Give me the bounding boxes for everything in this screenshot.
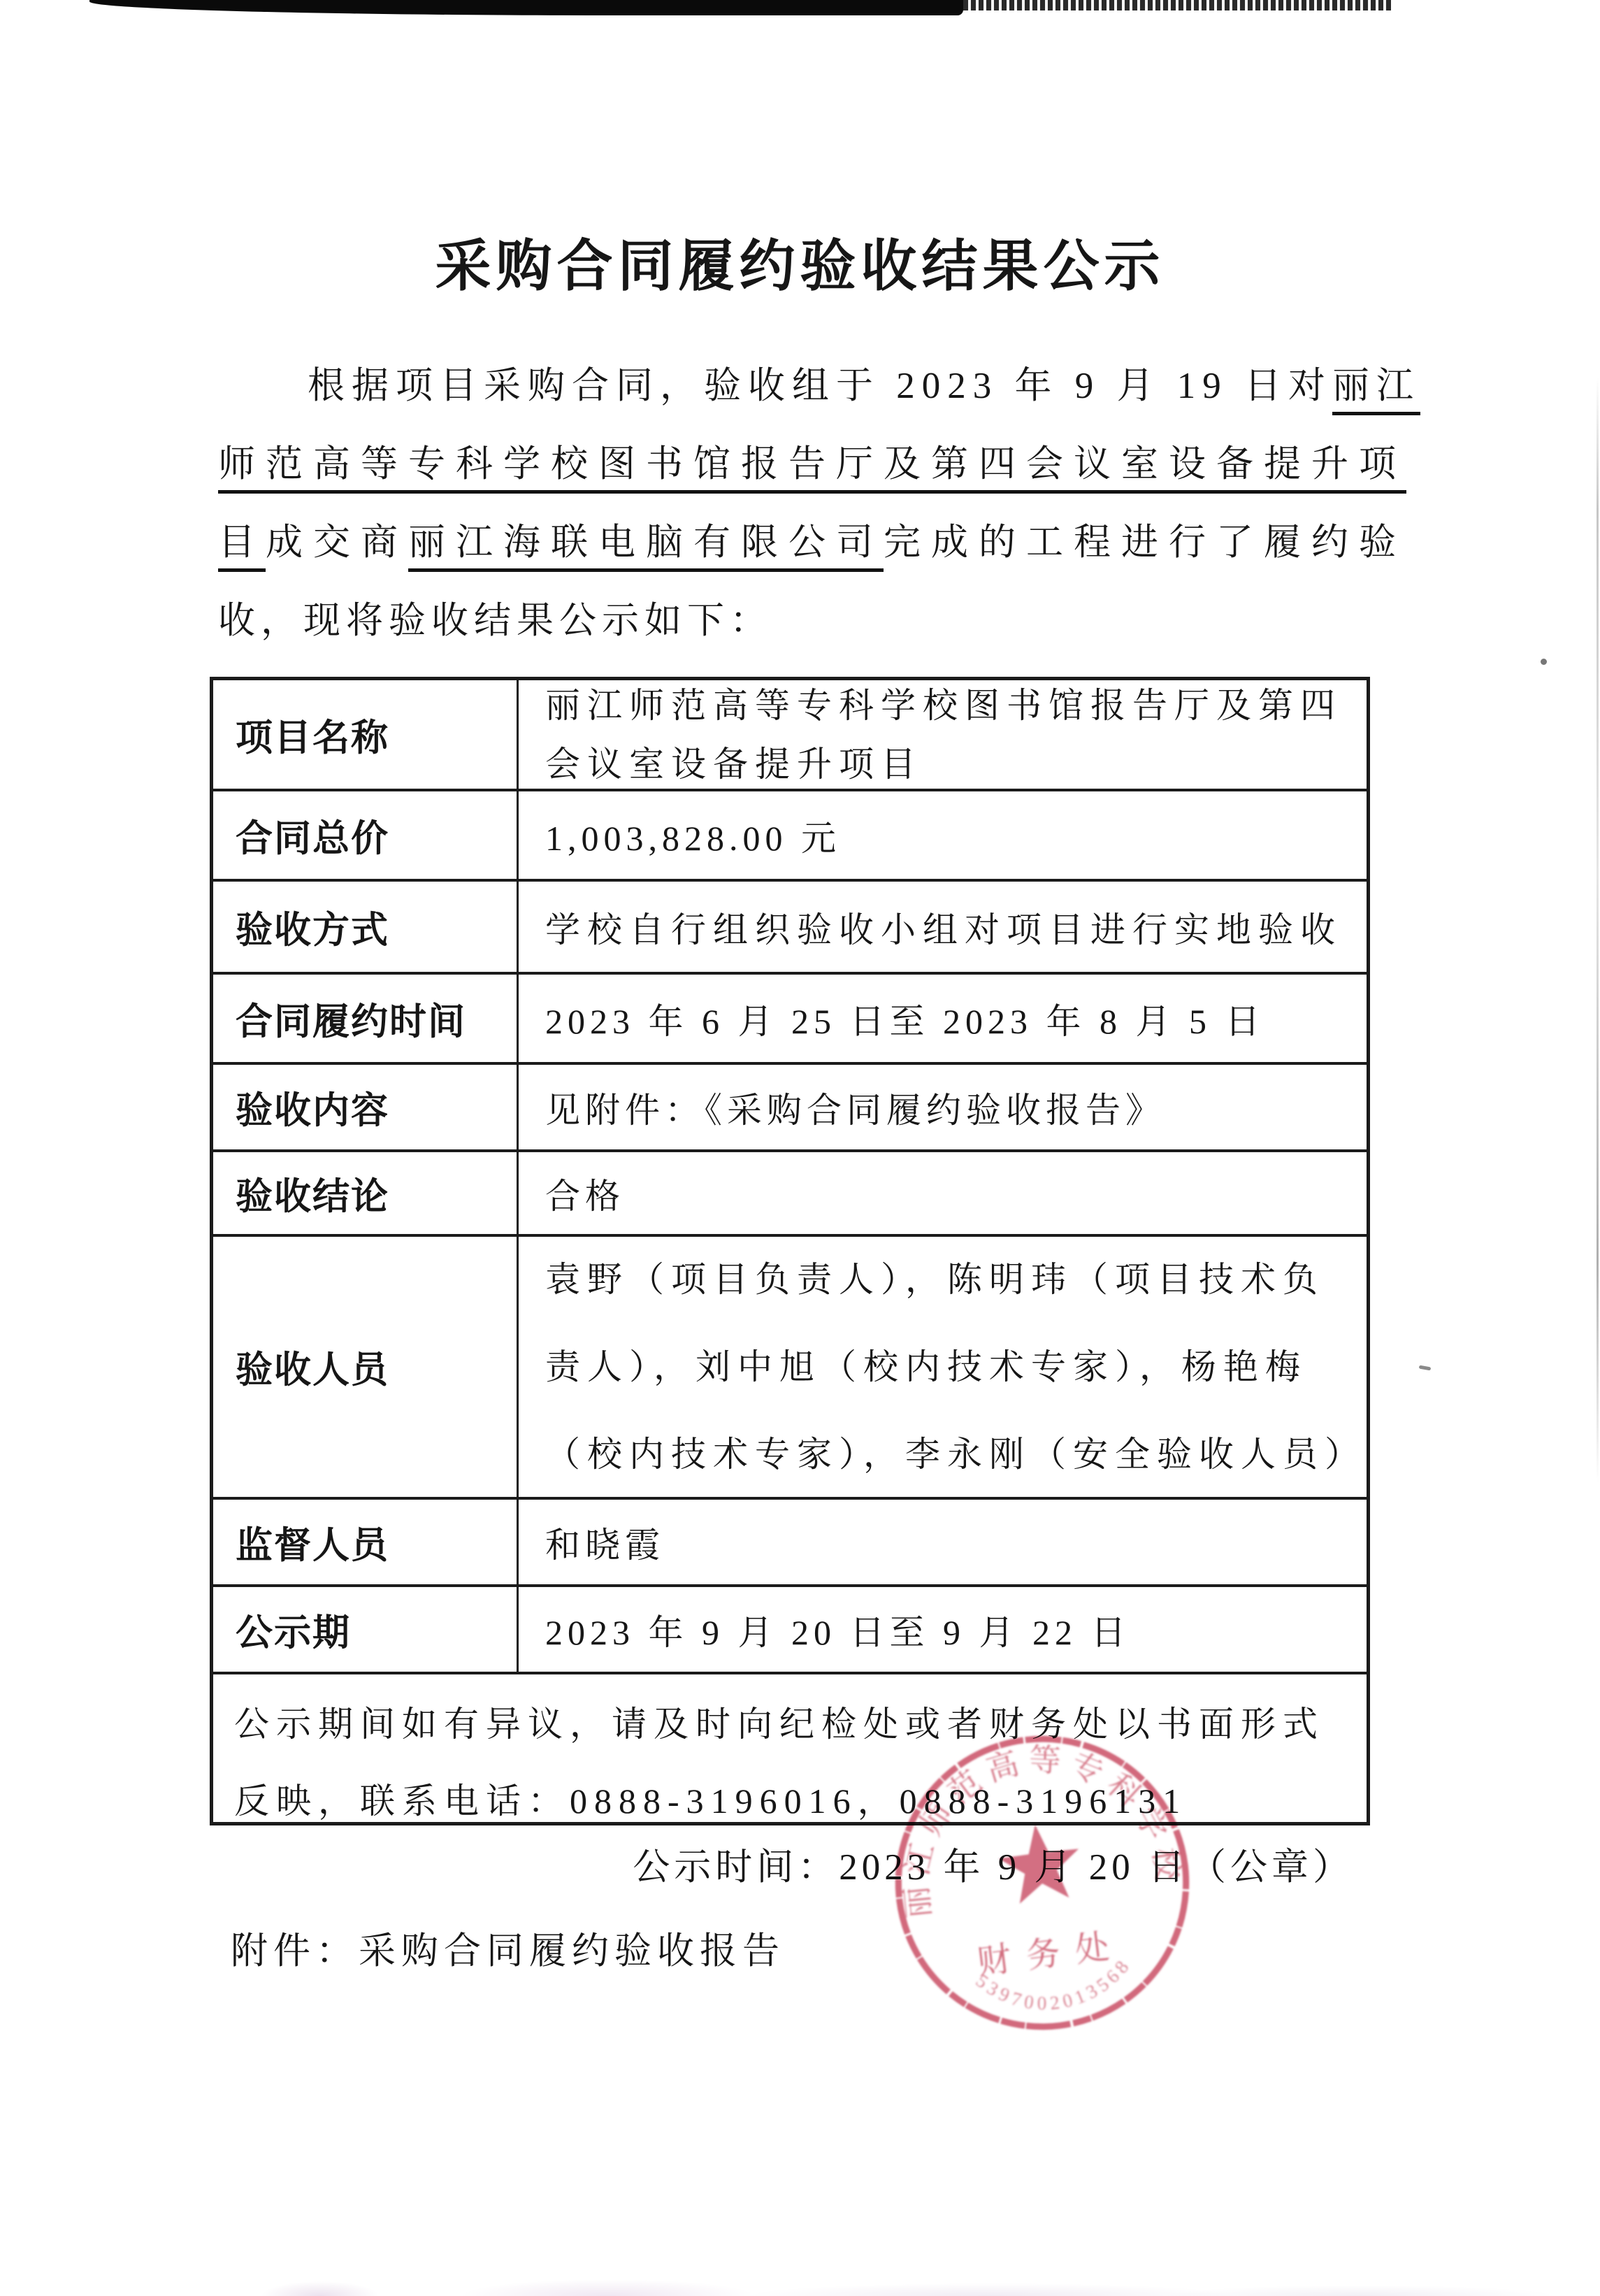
attachment-line: 附件：采购合同履约验收报告 [231, 1921, 785, 1974]
intro-line-1-text: 根据项目采购合同，验收组于 2023 年 9 月 19 日对 [308, 366, 1332, 406]
row-value: 和晓霞 [519, 1500, 1367, 1584]
intro-line-4: 收，现将验收结果公示如下： [218, 582, 1384, 660]
intro-line-3-underlined-2: 丽江海联电脑有限公司 [408, 522, 884, 572]
table-row-acceptance-method: 验收方式 学校自行组织验收小组对项目进行实地验收 [213, 882, 1367, 975]
row-value: 学校自行组织验收小组对项目进行实地验收 [519, 882, 1367, 972]
table-row-contract-period: 合同履约时间 2023 年 6 月 25 日至 2023 年 8 月 5 日 [213, 975, 1367, 1065]
document-title: 采购合同履约验收结果公示 [0, 221, 1600, 301]
intro-line-3: 目成交商丽江海联电脑有限公司完成的工程进行了履约验 [218, 503, 1384, 582]
row-label: 验收方式 [213, 882, 519, 972]
row-label: 合同履约时间 [213, 975, 519, 1062]
acceptance-results-table: 项目名称 丽江师范高等专科学校图书馆报告厅及第四会议室设备提升项目 合同总价 1… [210, 677, 1370, 1825]
row-value: 袁野（项目负责人），陈明玮（项目技术负责人），刘中旭（校内技术专家），杨艳梅（校… [519, 1237, 1367, 1497]
seal-group: 丽江师范高等专科学校 财务处 5397002013568 [882, 1723, 1203, 2044]
seal-arc-text: 丽江师范高等专科学校 [883, 1725, 1187, 1921]
intro-line-2: 师范高等专科学校图书馆报告厅及第四会议室设备提升项 [218, 425, 1384, 503]
intro-paragraph: 根据项目采购合同，验收组于 2023 年 9 月 19 日对丽江 师范高等专科学… [218, 347, 1384, 660]
row-value: 见附件：《采购合同履约验收报告》 [519, 1065, 1367, 1149]
intro-line-2-underlined: 师范高等专科学校图书馆报告厅及第四会议室设备提升项 [218, 444, 1406, 494]
intro-line-1: 根据项目采购合同，验收组于 2023 年 9 月 19 日对丽江 [218, 347, 1384, 425]
table-row-project-name: 项目名称 丽江师范高等专科学校图书馆报告厅及第四会议室设备提升项目 [213, 680, 1367, 791]
scan-artifact-page-edge [1597, 378, 1599, 1482]
intro-line-3-underlined-1: 目 [218, 522, 266, 572]
scan-artifact-dash [1419, 1365, 1432, 1371]
row-value: 2023 年 6 月 25 日至 2023 年 8 月 5 日 [519, 975, 1367, 1062]
row-label: 验收人员 [213, 1237, 519, 1497]
row-label: 验收内容 [213, 1065, 519, 1149]
row-value: 2023 年 9 月 20 日至 9 月 22 日 [519, 1587, 1367, 1672]
scan-artifact-top-band [89, 0, 963, 15]
intro-line-3-text-1: 成交商 [266, 522, 408, 563]
table-row-supervising-personnel: 监督人员 和晓霞 [213, 1500, 1367, 1587]
row-label: 项目名称 [213, 680, 519, 789]
official-seal: 丽江师范高等专科学校 财务处 5397002013568 [877, 1717, 1208, 2049]
seal-star-icon [995, 1820, 1085, 1906]
scan-artifact-top-stripes [963, 0, 1391, 10]
intro-line-1-underlined: 丽江 [1332, 366, 1420, 415]
row-label: 合同总价 [213, 791, 519, 879]
row-value: 丽江师范高等专科学校图书馆报告厅及第四会议室设备提升项目 [519, 680, 1367, 789]
table-row-acceptance-content: 验收内容 见附件：《采购合同履约验收报告》 [213, 1065, 1367, 1152]
row-value: 合格 [519, 1152, 1367, 1234]
scanned-document-page: 采购合同履约验收结果公示 根据项目采购合同，验收组于 2023 年 9 月 19… [0, 0, 1600, 2296]
row-value: 1,003,828.00 元 [519, 791, 1367, 879]
row-label: 公示期 [213, 1587, 519, 1672]
row-label: 验收结论 [213, 1152, 519, 1234]
scan-artifact-bottom-smudge [0, 2267, 1600, 2296]
intro-line-3-text-2: 完成的工程进行了履约验 [884, 522, 1406, 563]
scan-artifact-dot [1541, 659, 1547, 665]
row-label: 监督人员 [213, 1500, 519, 1584]
intro-line-4-text: 收，现将验收结果公示如下： [218, 601, 772, 641]
table-row-acceptance-conclusion: 验收结论 合格 [213, 1152, 1367, 1237]
table-row-contract-total: 合同总价 1,003,828.00 元 [213, 791, 1367, 882]
table-row-publicity-period: 公示期 2023 年 9 月 20 日至 9 月 22 日 [213, 1587, 1367, 1674]
table-row-acceptance-personnel: 验收人员 袁野（项目负责人），陈明玮（项目技术负责人），刘中旭（校内技术专家），… [213, 1237, 1367, 1500]
